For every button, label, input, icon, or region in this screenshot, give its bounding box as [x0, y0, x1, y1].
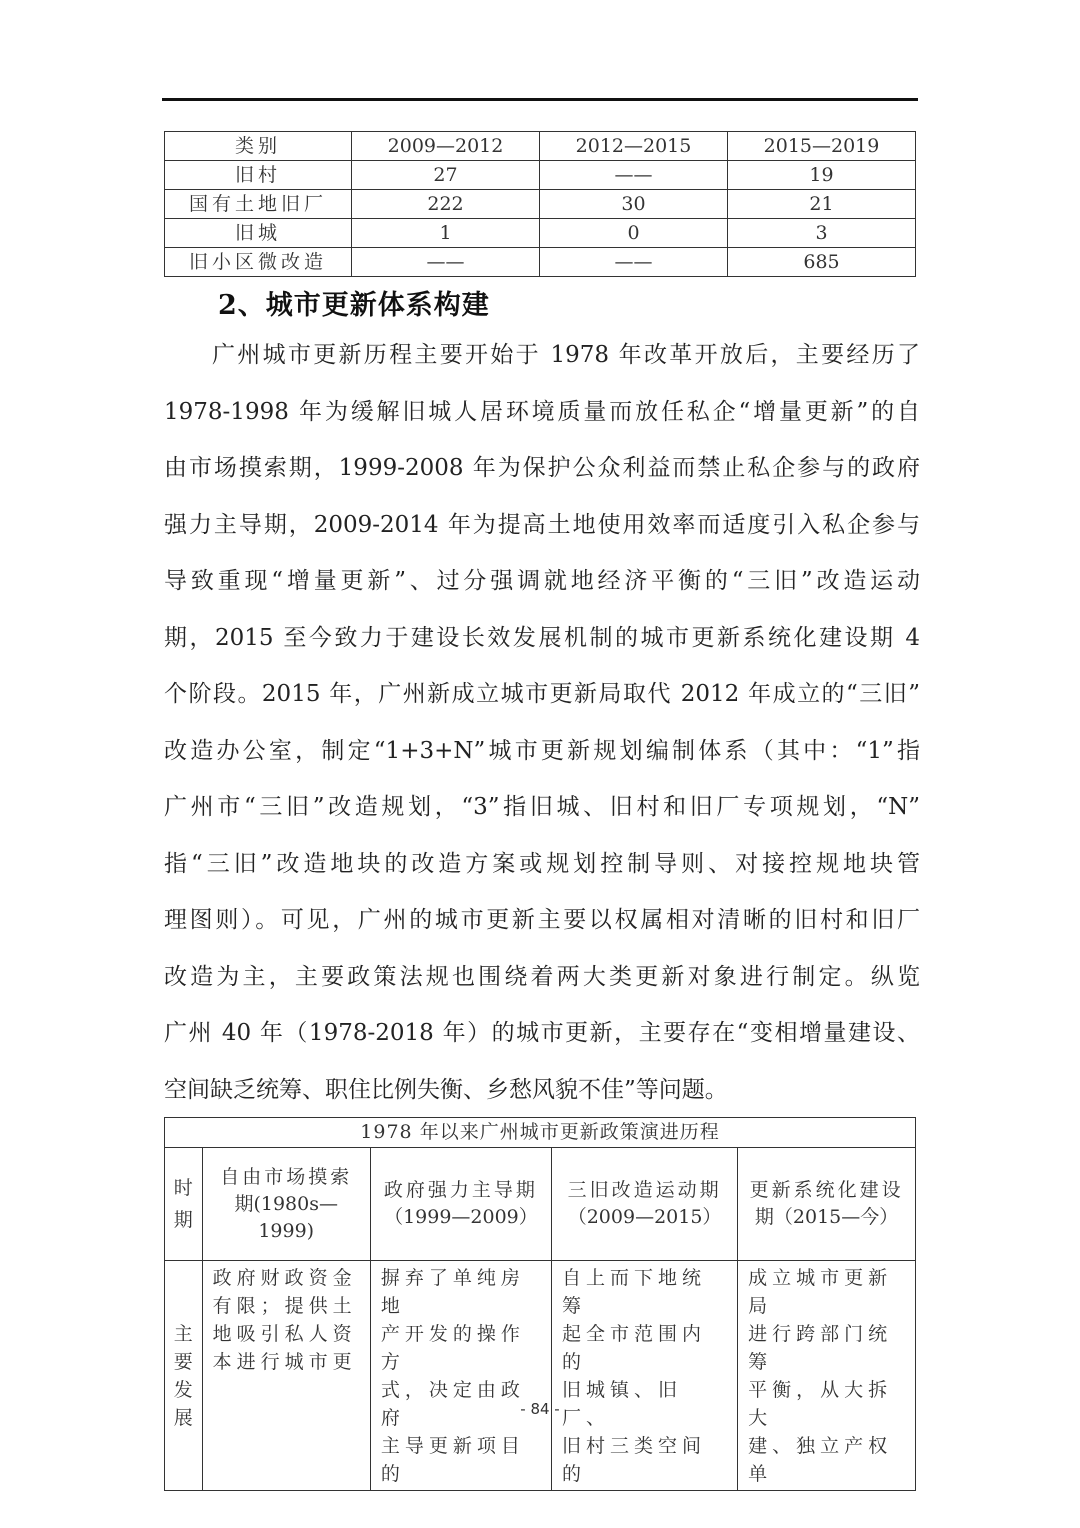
paragraph-line: 改造为主，主要政策法规也围绕着两大类更新对象进行制定。纵览	[164, 949, 920, 1006]
table-cell: 旧城	[165, 219, 352, 248]
table-cell: 国有土地旧厂	[165, 190, 352, 219]
period-range: （2009—2015）	[560, 1204, 729, 1231]
table-header-row: 时期 自由市场摸索 期(1980s— 1999) 政府强力主导期 （1999—2…	[165, 1148, 916, 1261]
table-row: 主 要 发 展 政府财政资金 有限；提供土 地吸引私人资 本进行城市更 摒弃了单…	[165, 1261, 916, 1491]
page-header-rule	[162, 98, 918, 101]
paragraph-line: 导致重现“增量更新”、过分强调就地经济平衡的“三旧”改造运动	[164, 553, 920, 610]
development-cell: 政府财政资金 有限；提供土 地吸引私人资 本进行城市更	[202, 1261, 370, 1491]
table-header-cell: 2012—2015	[540, 132, 728, 161]
development-label-char: 要	[165, 1348, 202, 1376]
table-cell: 0	[540, 219, 728, 248]
cell-line: 地吸引私人资	[213, 1320, 362, 1348]
period-label-cell: 时期	[165, 1148, 203, 1261]
paragraph-line: 期，2015 至今致力于建设长效发展机制的城市更新系统化建设期 4	[164, 610, 920, 667]
table-row: 旧小区微改造 —— —— 685	[165, 248, 916, 277]
table-cell: 旧村	[165, 161, 352, 190]
development-label-cell: 主 要 发 展	[165, 1261, 203, 1491]
period-header-cell: 更新系统化建设 期（2015—今）	[738, 1148, 916, 1261]
table-cell: 222	[352, 190, 540, 219]
paragraph-line: 指“三旧”改造地块的改造方案或规划控制导则、对接控规地块管	[164, 836, 920, 893]
cell-line: 产开发的操作方	[381, 1320, 543, 1376]
table-cell: 685	[728, 248, 916, 277]
paragraph-line: 个阶段。2015 年，广州新成立城市更新局取代 2012 年成立的“三旧”	[164, 666, 920, 723]
page-number: - 84 -	[0, 1400, 1080, 1418]
period-header-cell: 三旧改造运动期 （2009—2015）	[552, 1148, 738, 1261]
paragraph-line: 理图则）。可见，广州的城市更新主要以权属相对清晰的旧村和旧厂	[164, 892, 920, 949]
paragraph-line: 1978-1998 年为缓解旧城人居环境质量而放任私企“增量更新”的自	[164, 384, 920, 441]
table-cell: ——	[540, 248, 728, 277]
period-title: 自由市场摸索	[211, 1164, 362, 1191]
table-cell: ——	[540, 161, 728, 190]
table-cell: ——	[352, 248, 540, 277]
period-title: 更新系统化建设	[746, 1177, 907, 1204]
development-cell: 自上而下地统筹 起全市范围内的 旧城镇、旧厂、 旧村三类空间的	[552, 1261, 738, 1491]
development-label-char: 主	[165, 1320, 202, 1348]
development-cell: 摒弃了单纯房地 产开发的操作方 式，决定由政府 主导更新项目的	[370, 1261, 551, 1491]
paragraph-line: 广州市“三旧”改造规划，“3”指旧城、旧村和旧厂专项规划，“N”	[164, 779, 920, 836]
table-cell: 19	[728, 161, 916, 190]
table-header-cell: 2015—2019	[728, 132, 916, 161]
paragraph-line: 改造办公室，制定“1+3+N”城市更新规划编制体系（其中：“1”指	[164, 723, 920, 780]
cell-line: 自上而下地统筹	[562, 1264, 729, 1320]
table-row: 旧村 27 —— 19	[165, 161, 916, 190]
table-cell: 30	[540, 190, 728, 219]
paragraph-line: 广州 40 年（1978-2018 年）的城市更新，主要存在“变相增量建设、	[164, 1005, 920, 1062]
body-paragraph: 广州城市更新历程主要开始于 1978 年改革开放后，主要经历了 1978-199…	[164, 327, 920, 1118]
cell-line: 政府财政资金	[213, 1264, 362, 1292]
renewal-stats-table: 类别 2009—2012 2012—2015 2015—2019 旧村 27 —…	[164, 131, 916, 277]
table-cell: 3	[728, 219, 916, 248]
cell-line: 主导更新项目的	[381, 1432, 543, 1488]
table-header-cell: 类别	[165, 132, 352, 161]
table-title-row: 1978 年以来广州城市更新政策演进历程	[165, 1118, 916, 1148]
cell-line: 旧村三类空间的	[562, 1432, 729, 1488]
section-heading: 2、城市更新体系构建	[218, 283, 490, 322]
cell-line: 起全市范围内的	[562, 1320, 729, 1376]
period-title: 政府强力主导期	[379, 1177, 543, 1204]
development-cell: 成立城市更新局 进行跨部门统筹 平衡，从大拆大 建、独立产权单	[738, 1261, 916, 1491]
period-header-cell: 政府强力主导期 （1999—2009）	[370, 1148, 551, 1261]
paragraph-line: 由市场摸索期，1999-2008 年为保护公众利益而禁止私企参与的政府	[164, 440, 920, 497]
cell-line: 本进行城市更	[213, 1348, 362, 1376]
period-label: 时期	[174, 1172, 193, 1236]
paragraph-line: 广州城市更新历程主要开始于 1978 年改革开放后，主要经历了	[164, 327, 920, 384]
period-title: 三旧改造运动期	[560, 1177, 729, 1204]
cell-line: 建、独立产权单	[748, 1432, 907, 1488]
paragraph-line: 强力主导期，2009-2014 年为提高土地使用效率而适度引入私企参与	[164, 497, 920, 554]
paragraph-line: 空间缺乏统筹、职住比例失衡、乡愁风貌不佳”等问题。	[164, 1062, 920, 1119]
cell-line: 有限；提供土	[213, 1292, 362, 1320]
table-title: 1978 年以来广州城市更新政策演进历程	[165, 1118, 916, 1148]
period-range: 1999)	[211, 1218, 362, 1245]
cell-line: 摒弃了单纯房地	[381, 1264, 543, 1320]
cell-line: 进行跨部门统筹	[748, 1320, 907, 1376]
table-cell: 1	[352, 219, 540, 248]
period-range: （1999—2009）	[379, 1204, 543, 1231]
table-row: 国有土地旧厂 222 30 21	[165, 190, 916, 219]
cell-line: 成立城市更新局	[748, 1264, 907, 1320]
period-range: 期（2015—今）	[746, 1204, 907, 1231]
table-cell: 21	[728, 190, 916, 219]
table-row: 旧城 1 0 3	[165, 219, 916, 248]
period-header-cell: 自由市场摸索 期(1980s— 1999)	[202, 1148, 370, 1261]
table-cell: 旧小区微改造	[165, 248, 352, 277]
table-cell: 27	[352, 161, 540, 190]
policy-evolution-table: 1978 年以来广州城市更新政策演进历程 时期 自由市场摸索 期(1980s— …	[164, 1117, 916, 1491]
table-header-row: 类别 2009—2012 2012—2015 2015—2019	[165, 132, 916, 161]
period-range: 期(1980s—	[211, 1191, 362, 1218]
table-header-cell: 2009—2012	[352, 132, 540, 161]
